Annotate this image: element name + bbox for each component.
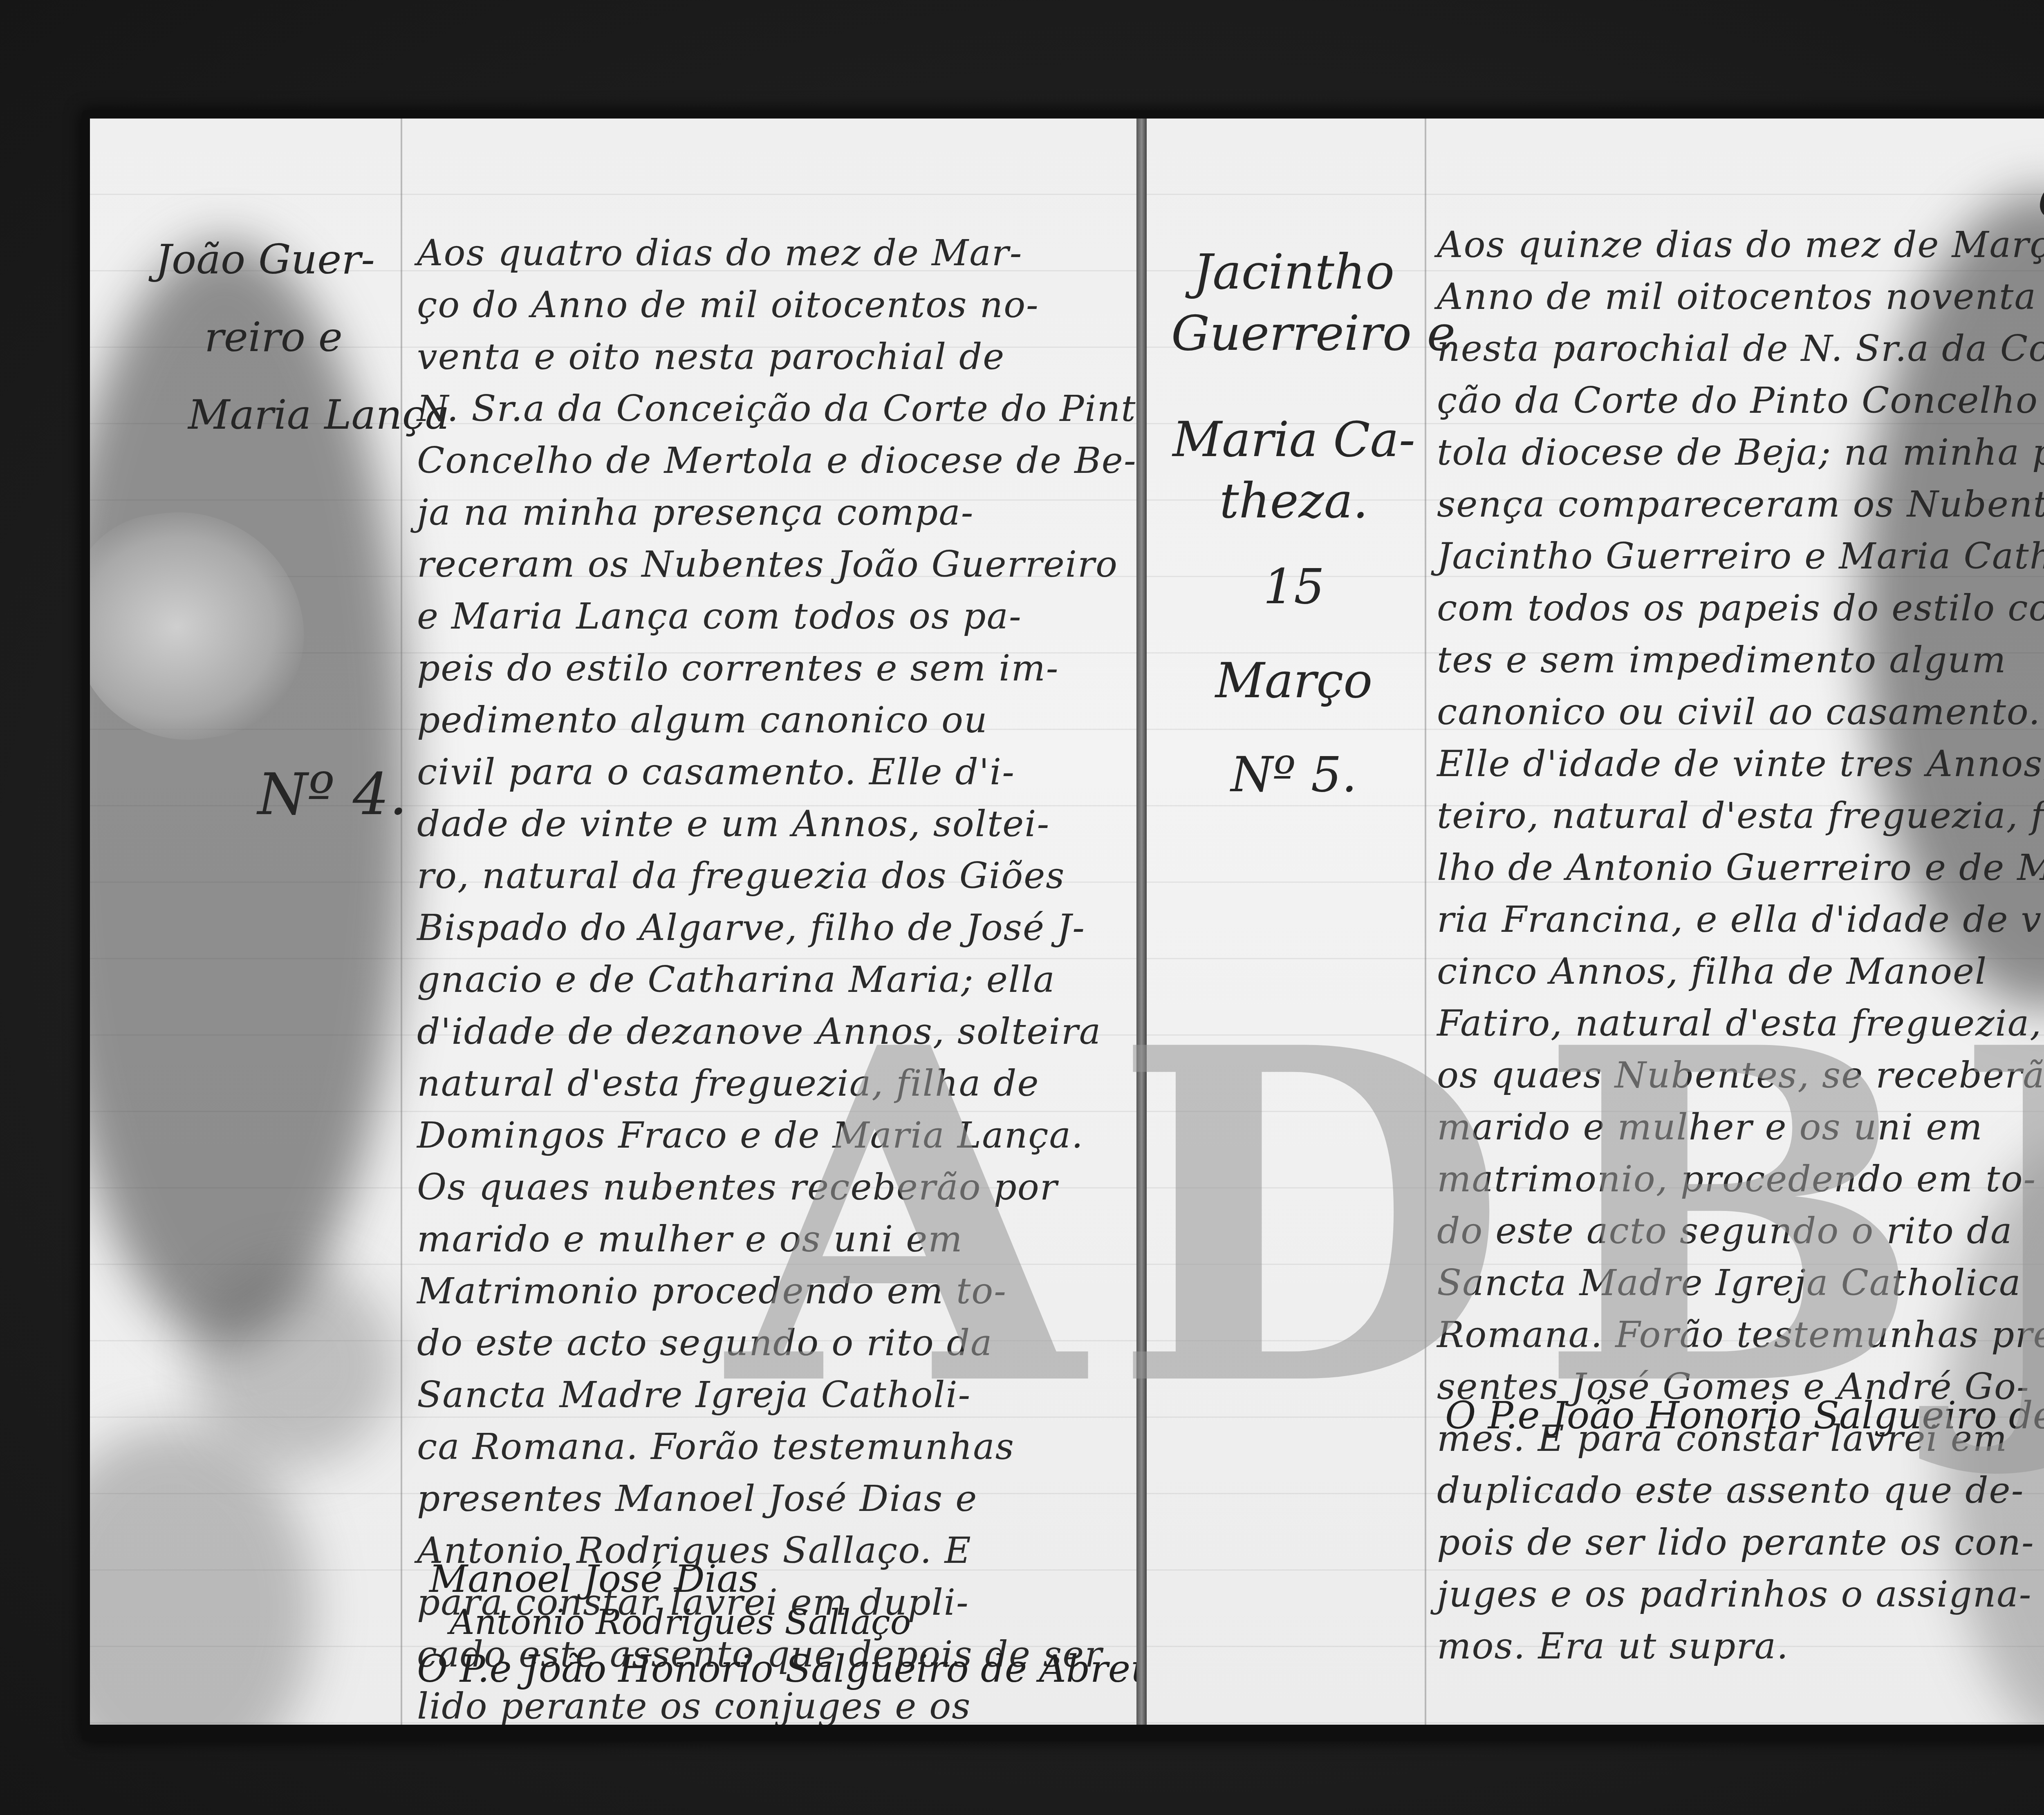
entry-line: receram os Nubentes João Guerreiro bbox=[417, 538, 1136, 590]
entry-line: canonico ou civil ao casamento. bbox=[1437, 686, 2044, 738]
register-book: João Guer- reiro e Maria Lança Nº 4. Aos… bbox=[82, 110, 2044, 1741]
entry-line: ção da Corte do Pinto Concelho de Mer- bbox=[1437, 374, 2044, 426]
entry-line: matrimonio, procedendo em to- bbox=[1437, 1153, 2044, 1205]
entry-line: e Maria Lança com todos os pa- bbox=[417, 590, 1136, 642]
entry-line: ria Francina, e ella d'idade de vinte bbox=[1437, 893, 2044, 945]
entry-line: presentes Manoel José Dias e bbox=[417, 1473, 1136, 1524]
entry-line: juges e os padrinhos o assigna- bbox=[1437, 1568, 2044, 1620]
entry-line: lho de Antonio Guerreiro e de Ma- bbox=[1437, 841, 2044, 893]
water-stain bbox=[192, 1263, 397, 1467]
entry-line: gnacio e de Catharina Maria; ella bbox=[417, 953, 1136, 1005]
entry-line: Anno de mil oitocentos noventa e oito bbox=[1437, 271, 2044, 322]
entry-line: Domingos Fraco e de Maria Lança. bbox=[417, 1109, 1136, 1161]
entry-line: pois de ser lido perante os con- bbox=[1437, 1516, 2044, 1568]
record-number: Nº 4. bbox=[155, 756, 384, 834]
signature-priest: O P.e João Honorio Salgueiro de Abreu. bbox=[417, 1647, 1136, 1691]
right-entry-text: Aos quinze dias do mez de Março do Anno … bbox=[1437, 219, 2044, 1672]
signature-priest: O P.e João Honorio Salgueiro de Abreu. bbox=[1445, 1394, 2044, 1437]
entry-line: mos. Era ut supra. bbox=[1437, 1620, 2044, 1672]
entry-line: sença compareceram os Nubentes bbox=[1437, 478, 2044, 530]
record-number: Nº 5. bbox=[1171, 744, 1416, 805]
entry-line: Matrimonio procedendo em to- bbox=[417, 1265, 1136, 1317]
margin-note-line: Maria Ca- bbox=[1171, 409, 1416, 470]
margin-note-line: Guerreiro e bbox=[1171, 302, 1416, 364]
margin-note-line: João Guer- bbox=[155, 221, 384, 298]
entry-line: do este acto segundo o rito da bbox=[1437, 1205, 2044, 1257]
margin-note-line: theza. bbox=[1171, 470, 1416, 531]
entry-line: Romana. Forão testemunhas pre- bbox=[1437, 1309, 2044, 1361]
entry-line: marido e mulher e os uni em bbox=[1437, 1101, 2044, 1153]
entry-line: ca Romana. Forão testemunhas bbox=[417, 1421, 1136, 1473]
entry-line: tola diocese de Beja; na minha pre- bbox=[1437, 426, 2044, 478]
signature-witness-1: Manoel José Dias bbox=[429, 1557, 758, 1601]
entry-line: Fatiro, natural d'esta freguezia, bbox=[1437, 997, 2044, 1049]
entry-line: d'idade de dezanove Annos, solteira bbox=[417, 1005, 1136, 1057]
entry-line: ro, natural da freguezia dos Giões bbox=[417, 850, 1136, 902]
entry-line: natural d'esta freguezia, filha de bbox=[417, 1057, 1136, 1109]
water-stain bbox=[90, 1426, 315, 1725]
entry-line: tes e sem impedimento algum bbox=[1437, 634, 2044, 686]
right-page: Cma 3 Jacintho Guerreiro e Maria Ca- the… bbox=[1147, 119, 2044, 1725]
entry-line: civil para o casamento. Elle d'i- bbox=[417, 746, 1136, 798]
entry-line: os quaes Nubentes, se receberão por bbox=[1437, 1049, 2044, 1101]
signature-witness-2: Antonio Rodrigues Sallaço bbox=[450, 1602, 911, 1642]
entry-line: Aos quatro dias do mez de Mar- bbox=[417, 227, 1136, 279]
entry-line: pedimento algum canonico ou bbox=[417, 694, 1136, 746]
entry-line: duplicado este assento que de- bbox=[1437, 1464, 2044, 1516]
entry-line: com todos os papeis do estilo corren- bbox=[1437, 582, 2044, 634]
entry-line: Sancta Madre Igreja Catholi- bbox=[417, 1369, 1136, 1421]
entry-line: marido e mulher e os uni em bbox=[417, 1213, 1136, 1265]
entry-line: do este acto segundo o rito da bbox=[417, 1317, 1136, 1369]
entry-line: venta e oito nesta parochial de bbox=[417, 331, 1136, 383]
entry-line: nesta parochial de N. Sr.a da Concei- bbox=[1437, 322, 2044, 374]
left-margin-note: João Guer- reiro e Maria Lança Nº 4. bbox=[155, 221, 384, 834]
entry-line: Aos quinze dias do mez de Março do bbox=[1437, 219, 2044, 271]
entry-line: Concelho de Mertola e diocese de Be- bbox=[417, 434, 1136, 486]
entry-line: cinco Annos, filha de Manoel bbox=[1437, 945, 2044, 997]
right-margin-note: Jacintho Guerreiro e Maria Ca- theza. 15… bbox=[1171, 241, 1416, 805]
margin-note-line: reiro e bbox=[155, 298, 384, 376]
margin-note-line: Jacintho bbox=[1171, 241, 1416, 302]
entry-line: Elle d'idade de vinte tres Annos, sol- bbox=[1437, 738, 2044, 790]
document-scan: João Guer- reiro e Maria Lança Nº 4. Aos… bbox=[0, 0, 2044, 1815]
entry-line: Bispado do Algarve, filho de José J- bbox=[417, 902, 1136, 953]
entry-line: teiro, natural d'esta freguezia, fi- bbox=[1437, 790, 2044, 841]
margin-note-line: Maria Lança bbox=[155, 376, 384, 454]
record-month: Março bbox=[1171, 650, 1416, 711]
entry-line: ço do Anno de mil oitocentos no- bbox=[417, 279, 1136, 331]
left-page: João Guer- reiro e Maria Lança Nº 4. Aos… bbox=[90, 119, 1136, 1725]
margin-rule bbox=[401, 119, 402, 1725]
left-entry-text: Aos quatro dias do mez de Mar- ço do Ann… bbox=[417, 227, 1136, 1725]
book-gutter bbox=[1136, 119, 1147, 1725]
entry-line: Sancta Madre Igreja Catholica bbox=[1437, 1257, 2044, 1309]
entry-line: N. Sr.a da Conceição da Corte do Pinto bbox=[417, 383, 1136, 434]
record-day: 15 bbox=[1171, 556, 1416, 617]
entry-line: peis do estilo correntes e sem im- bbox=[417, 642, 1136, 694]
entry-line: dade de vinte e um Annos, soltei- bbox=[417, 798, 1136, 850]
entry-line: ja na minha presença compa- bbox=[417, 486, 1136, 538]
entry-line: Os quaes nubentes receberão por bbox=[417, 1161, 1136, 1213]
entry-line: Jacintho Guerreiro e Maria Catheza bbox=[1437, 530, 2044, 582]
